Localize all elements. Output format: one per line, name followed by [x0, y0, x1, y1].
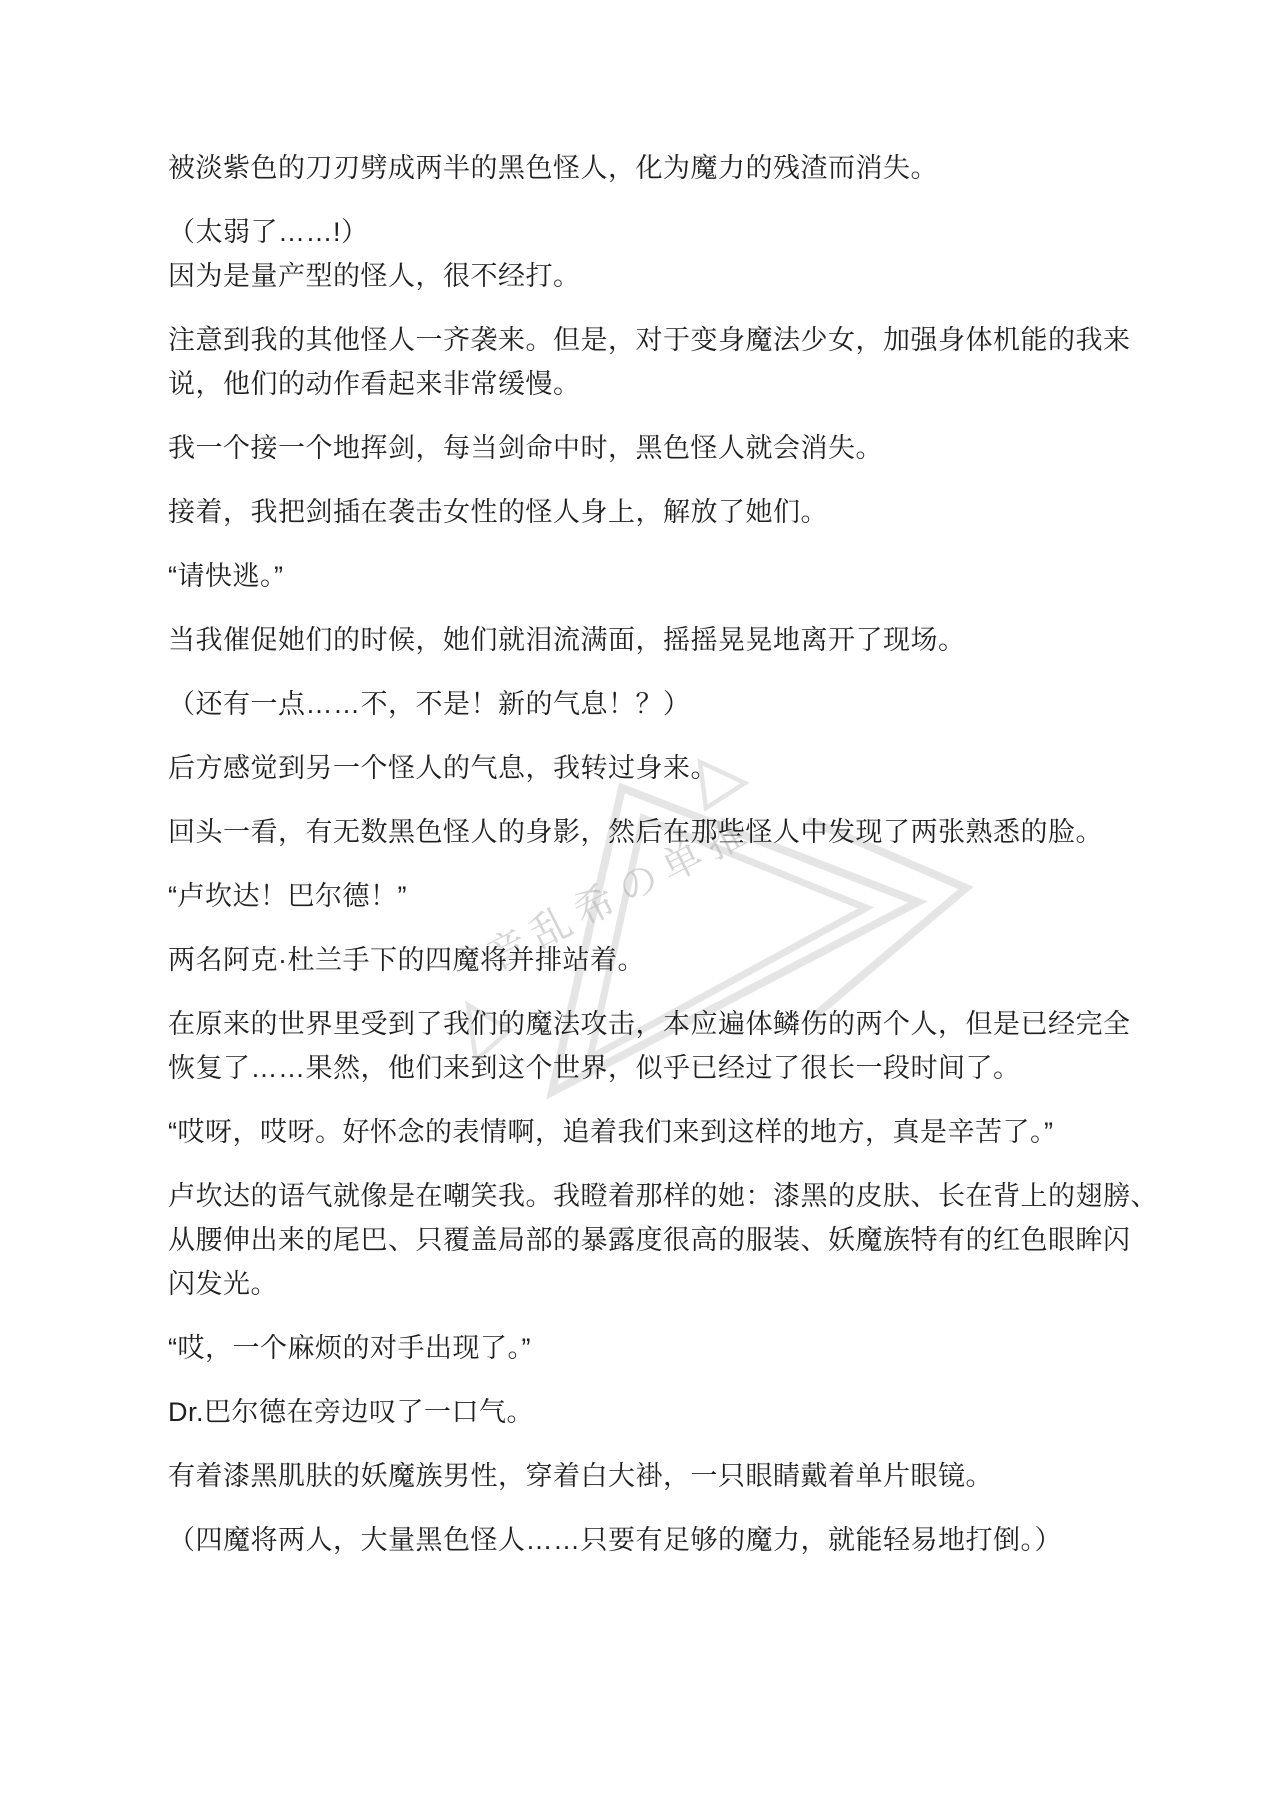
novel-text-block: 被淡紫色的刀刃劈成两半的黑色怪人，化为魔力的残渣而消失。（太弱了……!）因为是量…: [168, 146, 1128, 1582]
paragraph: 后方感觉到另一个怪人的气息，我转过身来。: [168, 746, 1128, 790]
paragraph: 有着漆黑肌肤的妖魔族男性，穿着白大褂，一只眼睛戴着单片眼镜。: [168, 1454, 1128, 1498]
text-line: 闪发光。: [168, 1262, 1128, 1306]
text-line: 说，他们的动作看起来非常缓慢。: [168, 362, 1128, 406]
paragraph: “哎，一个麻烦的对手出现了。”: [168, 1326, 1128, 1370]
paragraph: 卢坎达的语气就像是在嘲笑我。我瞪着那样的她：漆黑的皮肤、长在背上的翅膀、从腰伸出…: [168, 1174, 1128, 1306]
text-line: （四魔将两人，大量黑色怪人……只要有足够的魔力，就能轻易地打倒。）: [168, 1518, 1128, 1562]
text-line: 有着漆黑肌肤的妖魔族男性，穿着白大褂，一只眼睛戴着单片眼镜。: [168, 1454, 1128, 1498]
text-line: 被淡紫色的刀刃劈成两半的黑色怪人，化为魔力的残渣而消失。: [168, 146, 1128, 190]
paragraph: “请快逃。”: [168, 554, 1128, 598]
text-line: 从腰伸出来的尾巴、只覆盖局部的暴露度很高的服装、妖魔族特有的红色眼眸闪: [168, 1218, 1128, 1262]
paragraph: “哎呀，哎呀。好怀念的表情啊，追着我们来到这样的地方，真是辛苦了。”: [168, 1110, 1128, 1154]
text-line: 当我催促她们的时候，她们就泪流满面，摇摇晃晃地离开了现场。: [168, 618, 1128, 662]
paragraph: 两名阿克·杜兰手下的四魔将并排站着。: [168, 938, 1128, 982]
text-line: 后方感觉到另一个怪人的气息，我转过身来。: [168, 746, 1128, 790]
text-line: “请快逃。”: [168, 554, 1128, 598]
paragraph: 我一个接一个地挥剑，每当剑命中时，黑色怪人就会消失。: [168, 426, 1128, 470]
paragraph: Dr.巴尔德在旁边叹了一口气。: [168, 1390, 1128, 1434]
text-line: 因为是量产型的怪人，很不经打。: [168, 254, 1128, 298]
paragraph: 注意到我的其他怪人一齐袭来。但是，对于变身魔法少女，加强身体机能的我来说，他们的…: [168, 318, 1128, 406]
text-line: 恢复了……果然，他们来到这个世界，似乎已经过了很长一段时间了。: [168, 1046, 1128, 1090]
paragraph: 被淡紫色的刀刃劈成两半的黑色怪人，化为魔力的残渣而消失。: [168, 146, 1128, 190]
text-line: 接着，我把剑插在袭击女性的怪人身上，解放了她们。: [168, 490, 1128, 534]
text-line: 回头一看，有无数黑色怪人的身影，然后在那些怪人中发现了两张熟悉的脸。: [168, 810, 1128, 854]
paragraph: （太弱了……!）因为是量产型的怪人，很不经打。: [168, 210, 1128, 298]
paragraph: 回头一看，有无数黑色怪人的身影，然后在那些怪人中发现了两张熟悉的脸。: [168, 810, 1128, 854]
text-line: Dr.巴尔德在旁边叹了一口气。: [168, 1390, 1128, 1434]
text-line: （还有一点……不，不是！新的气息！？）: [168, 682, 1128, 726]
text-line: 我一个接一个地挥剑，每当剑命中时，黑色怪人就会消失。: [168, 426, 1128, 470]
text-line: 在原来的世界里受到了我们的魔法攻击，本应遍体鳞伤的两个人，但是已经完全: [168, 1002, 1128, 1046]
text-line: 注意到我的其他怪人一齐袭来。但是，对于变身魔法少女，加强身体机能的我来: [168, 318, 1128, 362]
paragraph: 当我催促她们的时候，她们就泪流满面，摇摇晃晃地离开了现场。: [168, 618, 1128, 662]
text-line: “哎呀，哎呀。好怀念的表情啊，追着我们来到这样的地方，真是辛苦了。”: [168, 1110, 1128, 1154]
text-line: 卢坎达的语气就像是在嘲笑我。我瞪着那样的她：漆黑的皮肤、长在背上的翅膀、: [168, 1174, 1128, 1218]
paragraph: （四魔将两人，大量黑色怪人……只要有足够的魔力，就能轻易地打倒。）: [168, 1518, 1128, 1562]
text-line: “哎，一个麻烦的对手出现了。”: [168, 1326, 1128, 1370]
paragraph: “卢坎达！巴尔德！”: [168, 874, 1128, 918]
paragraph: 接着，我把剑插在袭击女性的怪人身上，解放了她们。: [168, 490, 1128, 534]
text-line: “卢坎达！巴尔德！”: [168, 874, 1128, 918]
text-line: 两名阿克·杜兰手下的四魔将并排站着。: [168, 938, 1128, 982]
paragraph: （还有一点……不，不是！新的气息！？）: [168, 682, 1128, 726]
document-page: 音乱希の单推 被淡紫色的刀刃劈成两半的黑色怪人，化为魔力的残渣而消失。（太弱了……: [0, 0, 1280, 1810]
text-line: （太弱了……!）: [168, 210, 1128, 254]
paragraph: 在原来的世界里受到了我们的魔法攻击，本应遍体鳞伤的两个人，但是已经完全恢复了………: [168, 1002, 1128, 1090]
